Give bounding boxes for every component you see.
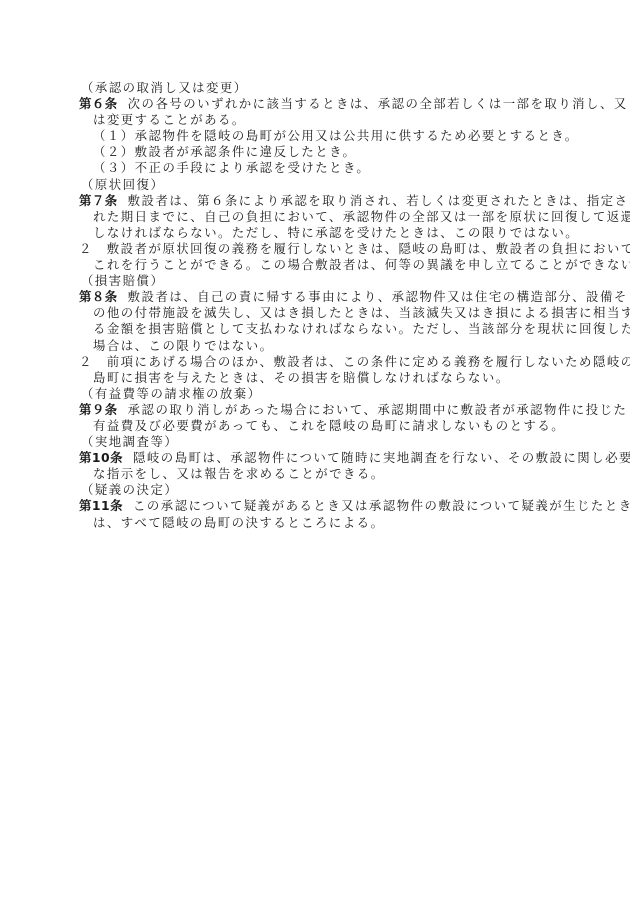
section-heading: （有益費等の請求権の放棄） [79, 386, 555, 402]
article-line: は、すべて隠岐の島町の決するところによる。 [79, 515, 555, 531]
section-heading: （損害賠償） [79, 273, 555, 289]
section-heading: （疑義の決定） [79, 482, 555, 498]
list-item: （１）承認物件を隠岐の島町が公用又は公共用に供するため必要とするとき。 [79, 128, 555, 144]
article-line: る金額を損害賠償として支払わなければならない。ただし、当該部分を現状に回復した [79, 321, 555, 337]
article-number: 第10条 [79, 450, 123, 465]
article-line: れた期日までに、自己の負担において、承認物件の全部又は一部を原状に回復して返還 [79, 209, 555, 225]
article-number: 第９条 [79, 402, 118, 417]
article-number: 第11条 [79, 498, 123, 513]
article-line: 場合は、この限りではない。 [79, 338, 555, 354]
article-line: 第10条隠岐の島町は、承認物件について随時に実地調査を行ない、その敷設に関し必要 [79, 450, 555, 466]
article-line: な指示をし、又は報告を求めることができる。 [79, 466, 555, 482]
article-line: しなければならない。ただし、特に承認を受けたときは、この限りではない。 [79, 225, 555, 241]
article-line: 第７条敷設者は、第６条により承認を取り消され、若しくは変更されたときは、指定さ [79, 193, 555, 209]
article-line: 第６条次の各号のいずれかに該当するときは、承認の全部若しくは一部を取り消し、又 [79, 96, 555, 112]
paragraph-line: ２ 前項にあげる場合のほか、敷設者は、この条件に定める義務を履行しないため隠岐の [79, 354, 555, 370]
list-item: （２）敷設者が承認条件に違反したとき。 [79, 144, 555, 160]
article-line: は変更することがある。 [79, 112, 555, 128]
section-heading: （承認の取消し又は変更） [79, 80, 555, 96]
paragraph-line: ２ 敷設者が原状回復の義務を履行しないときは、隠岐の島町は、敷設者の負担において… [79, 241, 555, 257]
paragraph-line: 島町に損害を与えたときは、その損害を賠償しなければならない。 [79, 370, 555, 386]
article-number: 第７条 [79, 193, 118, 208]
article-line: の他の付帯施設を滅失し、又はき損したときは、当該滅失又はき損による損害に相当す [79, 305, 555, 321]
section-heading: （実地調査等） [79, 434, 555, 450]
article-number: 第６条 [79, 96, 118, 111]
list-item: （３）不正の手段により承認を受けたとき。 [79, 160, 555, 176]
document-page: （承認の取消し又は変更） 第６条次の各号のいずれかに該当するときは、承認の全部若… [79, 80, 555, 531]
article-line: 第11条この承認について疑義があるとき又は承認物件の敷設について疑義が生じたとき [79, 498, 555, 514]
section-heading: （原状回復） [79, 177, 555, 193]
article-line: 第９条承認の取り消しがあった場合において、承認期間中に敷設者が承認物件に投じた [79, 402, 555, 418]
article-line: 第８条敷設者は、自己の責に帰する事由により、承認物件又は住宅の構造部分、設備そ [79, 289, 555, 305]
article-number: 第８条 [79, 289, 118, 304]
article-line: 有益費及び必要費があっても、これを隠岐の島町に請求しないものとする。 [79, 418, 555, 434]
paragraph-line: これを行うことができる。この場合敷設者は、何等の異議を申し立てることができない。 [79, 257, 555, 273]
